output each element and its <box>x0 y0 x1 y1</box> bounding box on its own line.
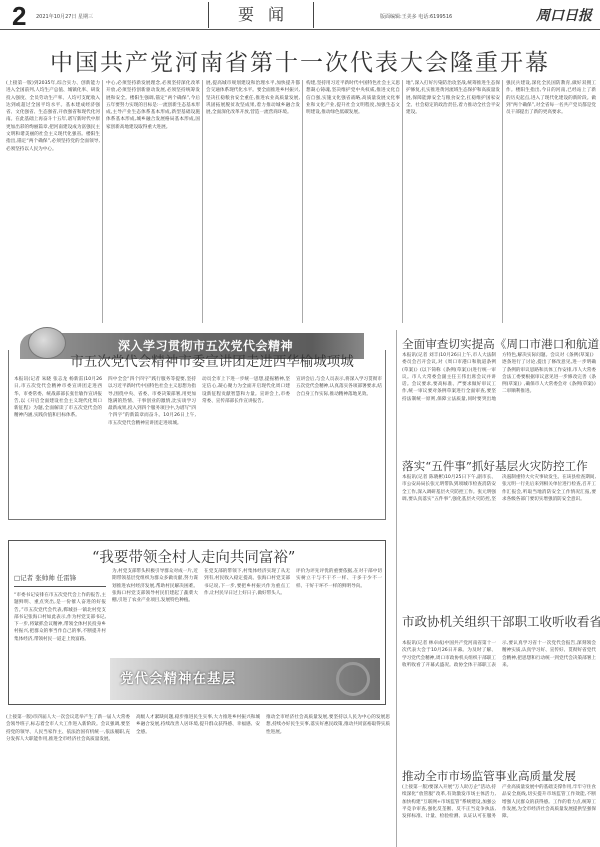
interview-column-4: 评价为评先评优的重要依据,在对干部中切实树立干与不干不一样、干多干少不一样、干好… <box>296 568 382 656</box>
interview-column-1: “市委书记安排在市五次党代会上作的报告,主题鲜明、重点突出,是一份催人奋进的好报… <box>14 592 106 700</box>
lead-column-5: 地”,深入打好污染防治攻坚战,统筹推进生态保护修复,扎实推进黄河流域生态保护和高… <box>406 80 500 323</box>
interview-column-2: 为,村党支部带头积极引导群众对成一片,近期带领基层党组织为群众多做贡献,努力谋划… <box>112 568 198 656</box>
right-story-3-headline: 市政协机关组织干部职工收听收看省十一次党代会开幕式 <box>402 612 600 630</box>
right-column-divider <box>396 330 397 847</box>
lead-column-6: 强民兵建设,深化全民国防教育,做好双拥工作。楼阳生指出,今日的河南,已经站上了新… <box>506 80 596 323</box>
column-divider <box>302 80 303 323</box>
interview-column-3: 在党支部的带领下,村集体经济实现了从无到有,村民收入稳定提高。张海口村党支部书记… <box>204 568 290 656</box>
bottom-column-3: 推动全市经济社会高质量发展,要坚持以人民为中心的发展思想,持续办好民生实事,落实… <box>266 714 390 844</box>
lead-column-2: 中心,必须坚持新发展理念,必须坚持深化改革开放,必须坚持创新驱动发展,必须坚持统… <box>106 80 200 323</box>
column-divider <box>402 80 403 323</box>
interview-byline: □记者 张帅帅 任雷锋 <box>14 573 76 582</box>
column-divider <box>202 80 203 323</box>
grassroots-banner-title: 党代会精神在基层 <box>120 667 236 687</box>
section-title: 要闻 <box>224 5 298 24</box>
column-divider <box>102 80 103 323</box>
feature-column-4: 宣讲会后,与会人员表示,将深入学习贯彻市五次党代会精神,认真落实各项部署要求,结… <box>296 376 382 516</box>
bottom-column-2: 高级人才紧缺问题,稳步推进民生实事,大力推进乡村振兴和城乡融合发展,持续改善人居… <box>136 714 260 844</box>
interview-headline: “我要带领全村人走向共同富裕” <box>92 546 295 567</box>
bottom-column-1: (上接第一版)市四届人大一次会议选举产生了新一届人大常委会领导班子,标志着全市人… <box>6 714 130 844</box>
lead-headline: 中国共产党河南省第十一次代表大会隆重开幕 <box>0 44 600 77</box>
newspaper-logo: 周口日报 <box>536 5 592 25</box>
right-story-1-body: 本报讯(记者 刘丰)10月26日上午,市人大法制委员会召开会议,对《周口市港口和… <box>402 352 596 454</box>
right-story-3-body: 本报讯(记者 林卓成)中国共产党河南省第十一次代表大会于10月26日开幕。为及时… <box>402 640 596 768</box>
grassroots-banner: 党代会精神在基层 <box>110 658 380 700</box>
feature-column-2: 四中全会“四个四字”践行服务等提要,坚持以习近平新时代中国特色社会主义思想为指导… <box>108 376 196 516</box>
feature-headline: 市五次党代会精神市委宣讲团走进西华榆城项城 <box>40 350 384 370</box>
right-story-4-body: (上接第一版)要深入开展“万人助万企”活动,持续深化“放管服”改革,有效激发市场… <box>402 784 596 846</box>
right-story-2-body: 本报讯(记者 陈晓彬)10月25日下午,副市长、市公安局局长张元明带队到项城市检… <box>402 474 596 612</box>
feature-column-1: 本报讯(记者 朱晓 张志龙 杨新雷)10月26日,市五次党代会精神市委宣讲团走进… <box>14 376 102 516</box>
lead-column-1: (上接第一版)到2035年,综合实力、创新能力进入全国前列,人均生产总值、城镇化… <box>6 80 100 323</box>
hammer-sickle-icon <box>336 662 370 696</box>
lead-column-3: 展,提高城市规划建设和治理水平,加快提升都会交通体系现代化水平。要全面推进乡村振… <box>206 80 300 323</box>
section-label-box: 要闻 <box>208 2 314 28</box>
column-divider <box>502 80 503 323</box>
right-story-2-headline: 落实“五件事”抓好基层火灾防控工作 <box>402 458 588 474</box>
feature-column-3: 动员全市上下进一步统一思想,提振精神,坚定信心,凝心聚力为全面开启现代化周口建设… <box>202 376 290 516</box>
right-story-1-headline: 全面审查切实提高《周口市港口和航道条例》立法质量 <box>402 336 600 352</box>
masthead: 2 2021年10月27日 星期三 要闻 版面编辑:王美多 电话:6199516… <box>0 0 600 30</box>
lead-column-4: 构建,坚持用习近平新时代中国特色社会主义思想凝心铸魂,坚决维护党中央权威,推进文… <box>306 80 400 323</box>
editor-info: 版面编辑:王美多 电话:6199516 <box>380 13 452 20</box>
page-number: 2 <box>12 3 26 29</box>
right-story-4-headline: 推动全市市场监管事业高质量发展 <box>402 768 576 784</box>
issue-date: 2021年10月27日 星期三 <box>36 13 93 20</box>
byline-rule <box>14 586 106 587</box>
